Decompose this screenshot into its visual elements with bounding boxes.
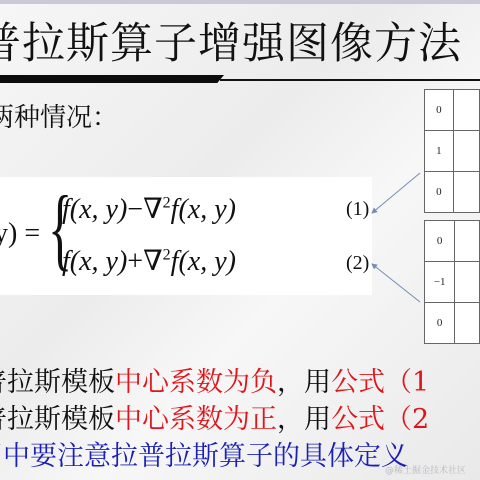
template-cell: 0 (425, 90, 454, 131)
template-cell (453, 131, 479, 172)
text: 普拉斯模板 (0, 404, 115, 435)
laplacian-template-negative-center: 0 1 0 (424, 89, 480, 213)
text: 普拉斯模板 (0, 367, 115, 398)
equation-label-2: (2) (346, 252, 369, 275)
operator-plus: + (127, 246, 143, 277)
template-cell (455, 262, 480, 303)
superscript: 2 (163, 195, 171, 212)
slide-title: 普拉斯算子增强图像方法 (0, 10, 462, 71)
laplacian-template-positive-center: 0 −1 0 (424, 220, 480, 344)
equation-label-1: (1) (346, 198, 369, 221)
highlight-red: 公式（1 (331, 367, 429, 398)
formula-lhs: y) = (0, 218, 40, 250)
title-underline-thick (0, 75, 224, 83)
bullet-line-2: 普拉斯模板中心系数为正，用公式（2 (0, 397, 429, 436)
title-underline-thin (220, 79, 480, 81)
template-cell (453, 90, 479, 131)
args: (x, y) (178, 194, 236, 225)
nabla-symbol: ∇ (143, 194, 163, 225)
function-f: f (62, 194, 70, 225)
text: ，用 (277, 404, 331, 435)
subtitle: 两种情况： (0, 97, 118, 134)
template-cell (455, 221, 480, 262)
highlight-red: 公式（2 (331, 404, 429, 435)
template-cell: 1 (425, 131, 454, 172)
args: (x, y) (70, 246, 128, 277)
template-cell: 0 (425, 221, 455, 262)
text: ，用 (277, 367, 331, 398)
highlight-red: 中心系数为正 (115, 404, 277, 435)
operator-minus: − (127, 194, 143, 225)
template-cell: 0 (425, 172, 454, 213)
template-cell: −1 (425, 262, 455, 303)
formula-case-1: f(x, y)−∇2f(x, y) (62, 192, 236, 226)
highlight-red: 中心系数为负 (115, 367, 277, 398)
template-cell: 0 (425, 303, 455, 344)
function-f: f (62, 246, 70, 277)
nabla-symbol: ∇ (143, 246, 163, 277)
template-cell (453, 172, 479, 213)
bullet-line-3: 用中要注意拉普拉斯算子的具体定义 (0, 434, 408, 473)
args: (x, y) (178, 246, 236, 277)
template-cell (455, 303, 480, 344)
arrow-to-label-1 (372, 173, 420, 213)
superscript: 2 (163, 247, 171, 264)
args: (x, y) (70, 194, 128, 225)
arrow-to-label-2 (372, 264, 420, 302)
formula-case-2: f(x, y)+∇2f(x, y) (62, 244, 236, 278)
slide-top-bar (0, 0, 480, 4)
watermark: @稀土掘金技术社区 (385, 463, 466, 476)
bullet-line-1: 普拉斯模板中心系数为负，用公式（1 (0, 360, 429, 399)
